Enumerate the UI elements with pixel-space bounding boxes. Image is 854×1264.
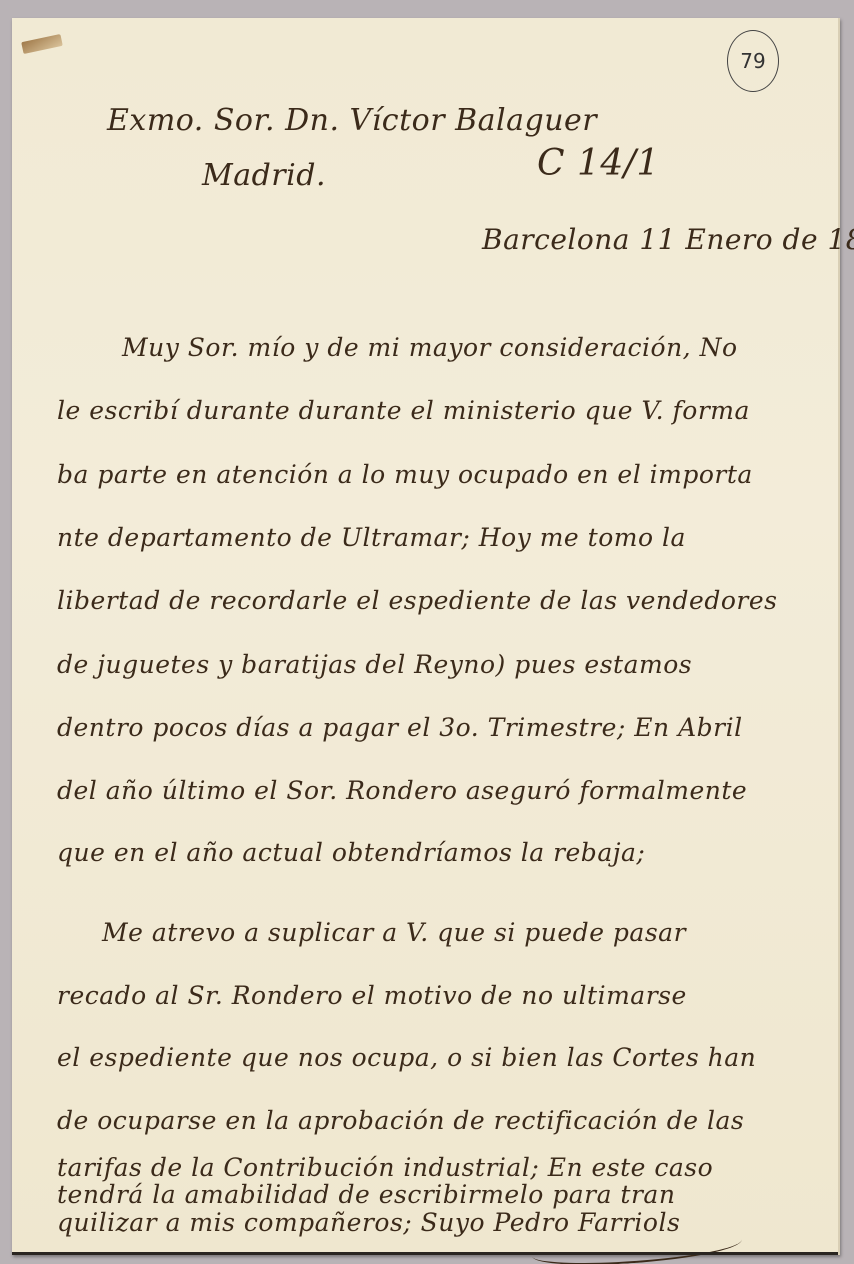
- addressee-salutation: Exmo. Sor. Dn. Víctor Balaguer: [107, 103, 597, 138]
- body-line-14: tarifas de la Contribución industrial; E…: [57, 1153, 713, 1182]
- folio-number: 79: [740, 49, 765, 73]
- registry-mark: C 14/1: [537, 143, 660, 184]
- body-line-11: recado al Sr. Rondero el motivo de no ul…: [57, 981, 687, 1010]
- torn-corner: [21, 34, 63, 54]
- body-line-3: ba parte en atención a lo muy ocupado en…: [57, 460, 753, 489]
- body-line-5: libertad de recordarle el espediente de …: [57, 586, 777, 615]
- body-line-7: dentro pocos días a pagar el 3o. Trimest…: [57, 713, 743, 742]
- addressee-city: Madrid.: [202, 158, 326, 193]
- letter-page: 79 Exmo. Sor. Dn. Víctor Balaguer Madrid…: [12, 18, 840, 1255]
- body-line-2: le escribí durante durante el ministerio…: [57, 396, 750, 425]
- body-line-12: el espediente que nos ocupa, o si bien l…: [57, 1043, 756, 1072]
- body-line-9: que en el año actual obtendríamos la reb…: [57, 838, 645, 867]
- body-line-10: Me atrevo a suplicar a V. que si puede p…: [102, 918, 686, 947]
- body-line-1: Muy Sor. mío y de mi mayor consideración…: [122, 333, 738, 362]
- body-line-4: nte departamento de Ultramar; Hoy me tom…: [57, 523, 686, 552]
- body-line-6: de juguetes y baratijas del Reyno) pues …: [57, 650, 692, 679]
- place-and-date: Barcelona 11 Enero de 1872: [482, 223, 854, 256]
- body-line-13: de ocuparse en la aprobación de rectific…: [57, 1106, 744, 1135]
- body-line-8: del año último el Sor. Rondero aseguró f…: [57, 776, 747, 805]
- body-line-15: tendrá la amabilidad de escribirmelo par…: [57, 1180, 675, 1209]
- folio-number-circle: 79: [727, 30, 779, 92]
- body-line-16-signature: quilizar a mis compañeros; Suyo Pedro Fa…: [57, 1208, 680, 1237]
